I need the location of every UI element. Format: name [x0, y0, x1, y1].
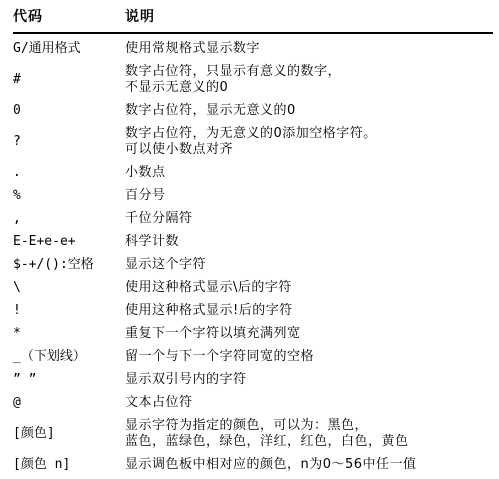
description-value: 使用这种格式显示!后的字符 — [125, 303, 493, 319]
table-row: ? 数字占位符，为无意义的0添加空格字符。 可以使小数点对齐 — [13, 126, 493, 158]
description-value: 显示双引号内的字符 — [125, 372, 493, 388]
code-value: _（下划线） — [13, 349, 125, 365]
description-value: 数字占位符，只显示有意义的数字， 不显示无意义的0 — [125, 64, 493, 96]
description-value: 显示这个字符 — [125, 257, 493, 273]
table-row: * 重复下一个字符以填充满列宽 — [13, 326, 493, 342]
table-row: $-+/():空格 显示这个字符 — [13, 257, 493, 273]
column-header-description: 说明 — [125, 9, 493, 25]
code-value: [颜色 n] — [13, 457, 125, 473]
code-value: * — [13, 326, 125, 342]
code-value: ? — [13, 134, 125, 150]
description-value: 数字占位符，显示无意义的0 — [125, 103, 493, 119]
table-row: 0 数字占位符，显示无意义的0 — [13, 103, 493, 119]
description-value: 使用常规格式显示数字 — [125, 41, 493, 57]
table-row: G/通用格式 使用常规格式显示数字 — [13, 41, 493, 57]
code-value: ! — [13, 303, 125, 319]
table-row: @ 文本占位符 — [13, 395, 493, 411]
table-row: [颜色 n] 显示调色板中相对应的颜色，n为0～56中任一值 — [13, 457, 493, 473]
description-value: 数字占位符，为无意义的0添加空格字符。 可以使小数点对齐 — [125, 126, 493, 158]
code-value: % — [13, 188, 125, 204]
description-value: 使用这种格式显示\后的字符 — [125, 280, 493, 296]
table-row: ! 使用这种格式显示!后的字符 — [13, 303, 493, 319]
table-row: , 千位分隔符 — [13, 211, 493, 227]
code-value: G/通用格式 — [13, 41, 125, 57]
description-value: 千位分隔符 — [125, 211, 493, 227]
code-value: . — [13, 165, 125, 181]
table-row: . 小数点 — [13, 165, 493, 181]
description-value: 重复下一个字符以填充满列宽 — [125, 326, 493, 342]
description-value: 百分号 — [125, 188, 493, 204]
table-row: ” ” 显示双引号内的字符 — [13, 372, 493, 388]
table-header-row: 代码 说明 — [13, 6, 493, 34]
description-value: 留一个与下一个字符同宽的空格 — [125, 349, 493, 365]
table-row: # 数字占位符，只显示有意义的数字， 不显示无意义的0 — [13, 64, 493, 96]
table-row: % 百分号 — [13, 188, 493, 204]
table-row: _（下划线） 留一个与下一个字符同宽的空格 — [13, 349, 493, 365]
code-value: , — [13, 211, 125, 227]
table-body: G/通用格式 使用常规格式显示数字 # 数字占位符，只显示有意义的数字， 不显示… — [13, 34, 493, 473]
description-value: 显示字符为指定的颜色，可以为：黑色， 蓝色，蓝绿色，绿色，洋红，红色，白色，黄色 — [125, 418, 493, 450]
description-value: 显示调色板中相对应的颜色，n为0～56中任一值 — [125, 457, 493, 473]
description-value: 小数点 — [125, 165, 493, 181]
code-value: E-E+e-e+ — [13, 234, 125, 250]
code-value: # — [13, 72, 125, 88]
code-value: \ — [13, 280, 125, 296]
code-value: @ — [13, 395, 125, 411]
description-value: 科学计数 — [125, 234, 493, 250]
code-value: [颜色] — [13, 426, 125, 442]
code-value: ” ” — [13, 372, 125, 388]
table-row: [颜色] 显示字符为指定的颜色，可以为：黑色， 蓝色，蓝绿色，绿色，洋红，红色，… — [13, 418, 493, 450]
table-row: \ 使用这种格式显示\后的字符 — [13, 280, 493, 296]
column-header-code: 代码 — [13, 9, 125, 25]
format-codes-table: 代码 说明 G/通用格式 使用常规格式显示数字 # 数字占位符，只显示有意义的数… — [0, 0, 499, 479]
table-row: E-E+e-e+ 科学计数 — [13, 234, 493, 250]
code-value: 0 — [13, 103, 125, 119]
code-value: $-+/():空格 — [13, 257, 125, 273]
description-value: 文本占位符 — [125, 395, 493, 411]
